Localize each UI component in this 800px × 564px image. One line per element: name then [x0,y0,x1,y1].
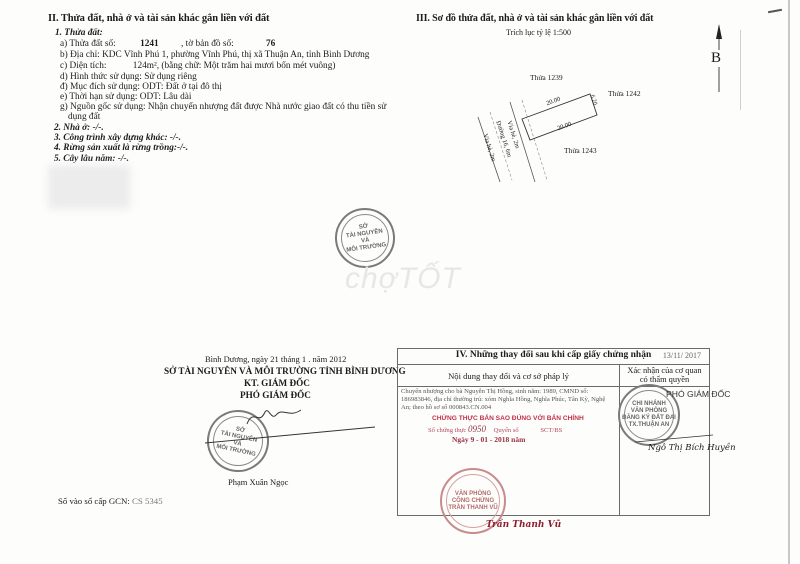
registry-row: Số vào sổ cấp GCN: CS 5345 [58,496,163,507]
col-confirm-header: Xác nhận của cơ quan có thẩm quyền [620,365,710,387]
change-content-cell: Chuyển nhượng cho bà Nguyễn Thị Hồng, si… [398,387,620,516]
handwritten-date: 13/11/ 2017 [663,351,701,360]
address-line: b) Địa chỉ: KDC Vĩnh Phú 1, phường Vĩnh … [60,50,369,61]
forest-line: 4. Rừng sản xuất là rừng trồng:-/-. [54,143,188,153]
parcel-number: 1241 [140,39,159,49]
certification-title: CHỨNG THỰC BẢN SAO ĐÚNG VỚI BẢN CHÍNH [432,415,584,422]
registry-value: CS 5345 [132,496,163,506]
col-content-header: Nội dung thay đổi và cơ sở pháp lý [398,365,620,387]
registry-label: Số vào sổ cấp GCN: [58,496,130,506]
agency-name: SỞ TÀI NGUYÊN VÀ MÔI TRƯỜNG TỈNH BÌNH DƯ… [164,366,406,376]
area-value: 124m², (bằng chữ: Một trăm hai mươi bốn … [133,61,336,71]
confirm-signature-line [635,430,715,440]
page-edge [788,0,790,564]
certification-number: 0950 [468,424,486,434]
house-line: 2. Nhà ở: -/-. [54,123,104,133]
signing-date: Bình Dương, ngày 21 tháng 1 . năm 2012 [205,354,346,365]
signer-role-1: KT. GIÁM ĐỐC [244,378,310,388]
confirm-role: PHÓ GIÁM ĐỐC [666,389,730,399]
other-works-line: 3. Công trình xây dựng khác: -/-. [54,133,181,143]
section-iv-title: IV. Những thay đổi sau khi cấp giấy chứn… [456,350,652,360]
perennial-line: 5. Cây lâu năm: -/-. [54,154,129,164]
certification-date: Ngày 9 - 01 - 2018 năm [452,435,525,444]
origin-line-1: g) Nguồn gốc sử dụng: Nhận chuyển nhượng… [60,102,386,113]
parcel-label: a) Thửa đất số: [60,39,116,49]
area-row: c) Diện tích: 124m², (bằng chữ: Một trăm… [60,61,335,72]
origin-line-2: dụng đất [68,112,100,123]
neighbor-right: Thửa 1242 [608,89,641,98]
map-sheet-number: 76 [266,39,275,49]
signer-name: Phạm Xuân Ngọc [228,477,288,487]
neighbor-top: Thửa 1239 [530,73,563,82]
land-heading: 1. Thửa đất: [55,28,103,38]
section-ii-title: II. Thửa đất, nhà ở và tài sản khác gắn … [48,13,269,24]
north-label: B [710,50,722,67]
signature-line [205,425,375,445]
signature-scribble [245,406,305,426]
section-iii-title: III. Sơ đồ thửa đất, nhà ở và tài sản kh… [416,13,653,24]
watermark-logo: chợTỐT [345,262,461,296]
redaction-smudge [48,165,130,209]
signer-role-2: PHÓ GIÁM ĐỐC [240,390,311,400]
certification-number-row: Số chứng thực 0950 Quyển số SCT/BS [428,424,562,434]
fold-line [740,30,741,110]
map-sheet-label: , tờ bản đồ số: [181,39,234,49]
area-label: c) Diện tích: [60,61,106,71]
parcel-row: a) Thửa đất số: 1241 , tờ bản đồ số: 76 [60,39,275,50]
neighbor-bottom: Thửa 1243 [564,146,597,155]
section-iv-title-cell: IV. Những thay đổi sau khi cấp giấy chứn… [398,349,710,365]
confirm-signer: Ngô Thị Bích Huyền [648,443,736,453]
change-content-text: Chuyển nhượng cho bà Nguyễn Thị Hồng, si… [401,388,616,412]
notary-signer: Trần Thanh Vũ [486,520,561,530]
scan-mark [768,9,782,13]
scale-label: Trích lục tỷ lệ 1:500 [506,27,571,38]
